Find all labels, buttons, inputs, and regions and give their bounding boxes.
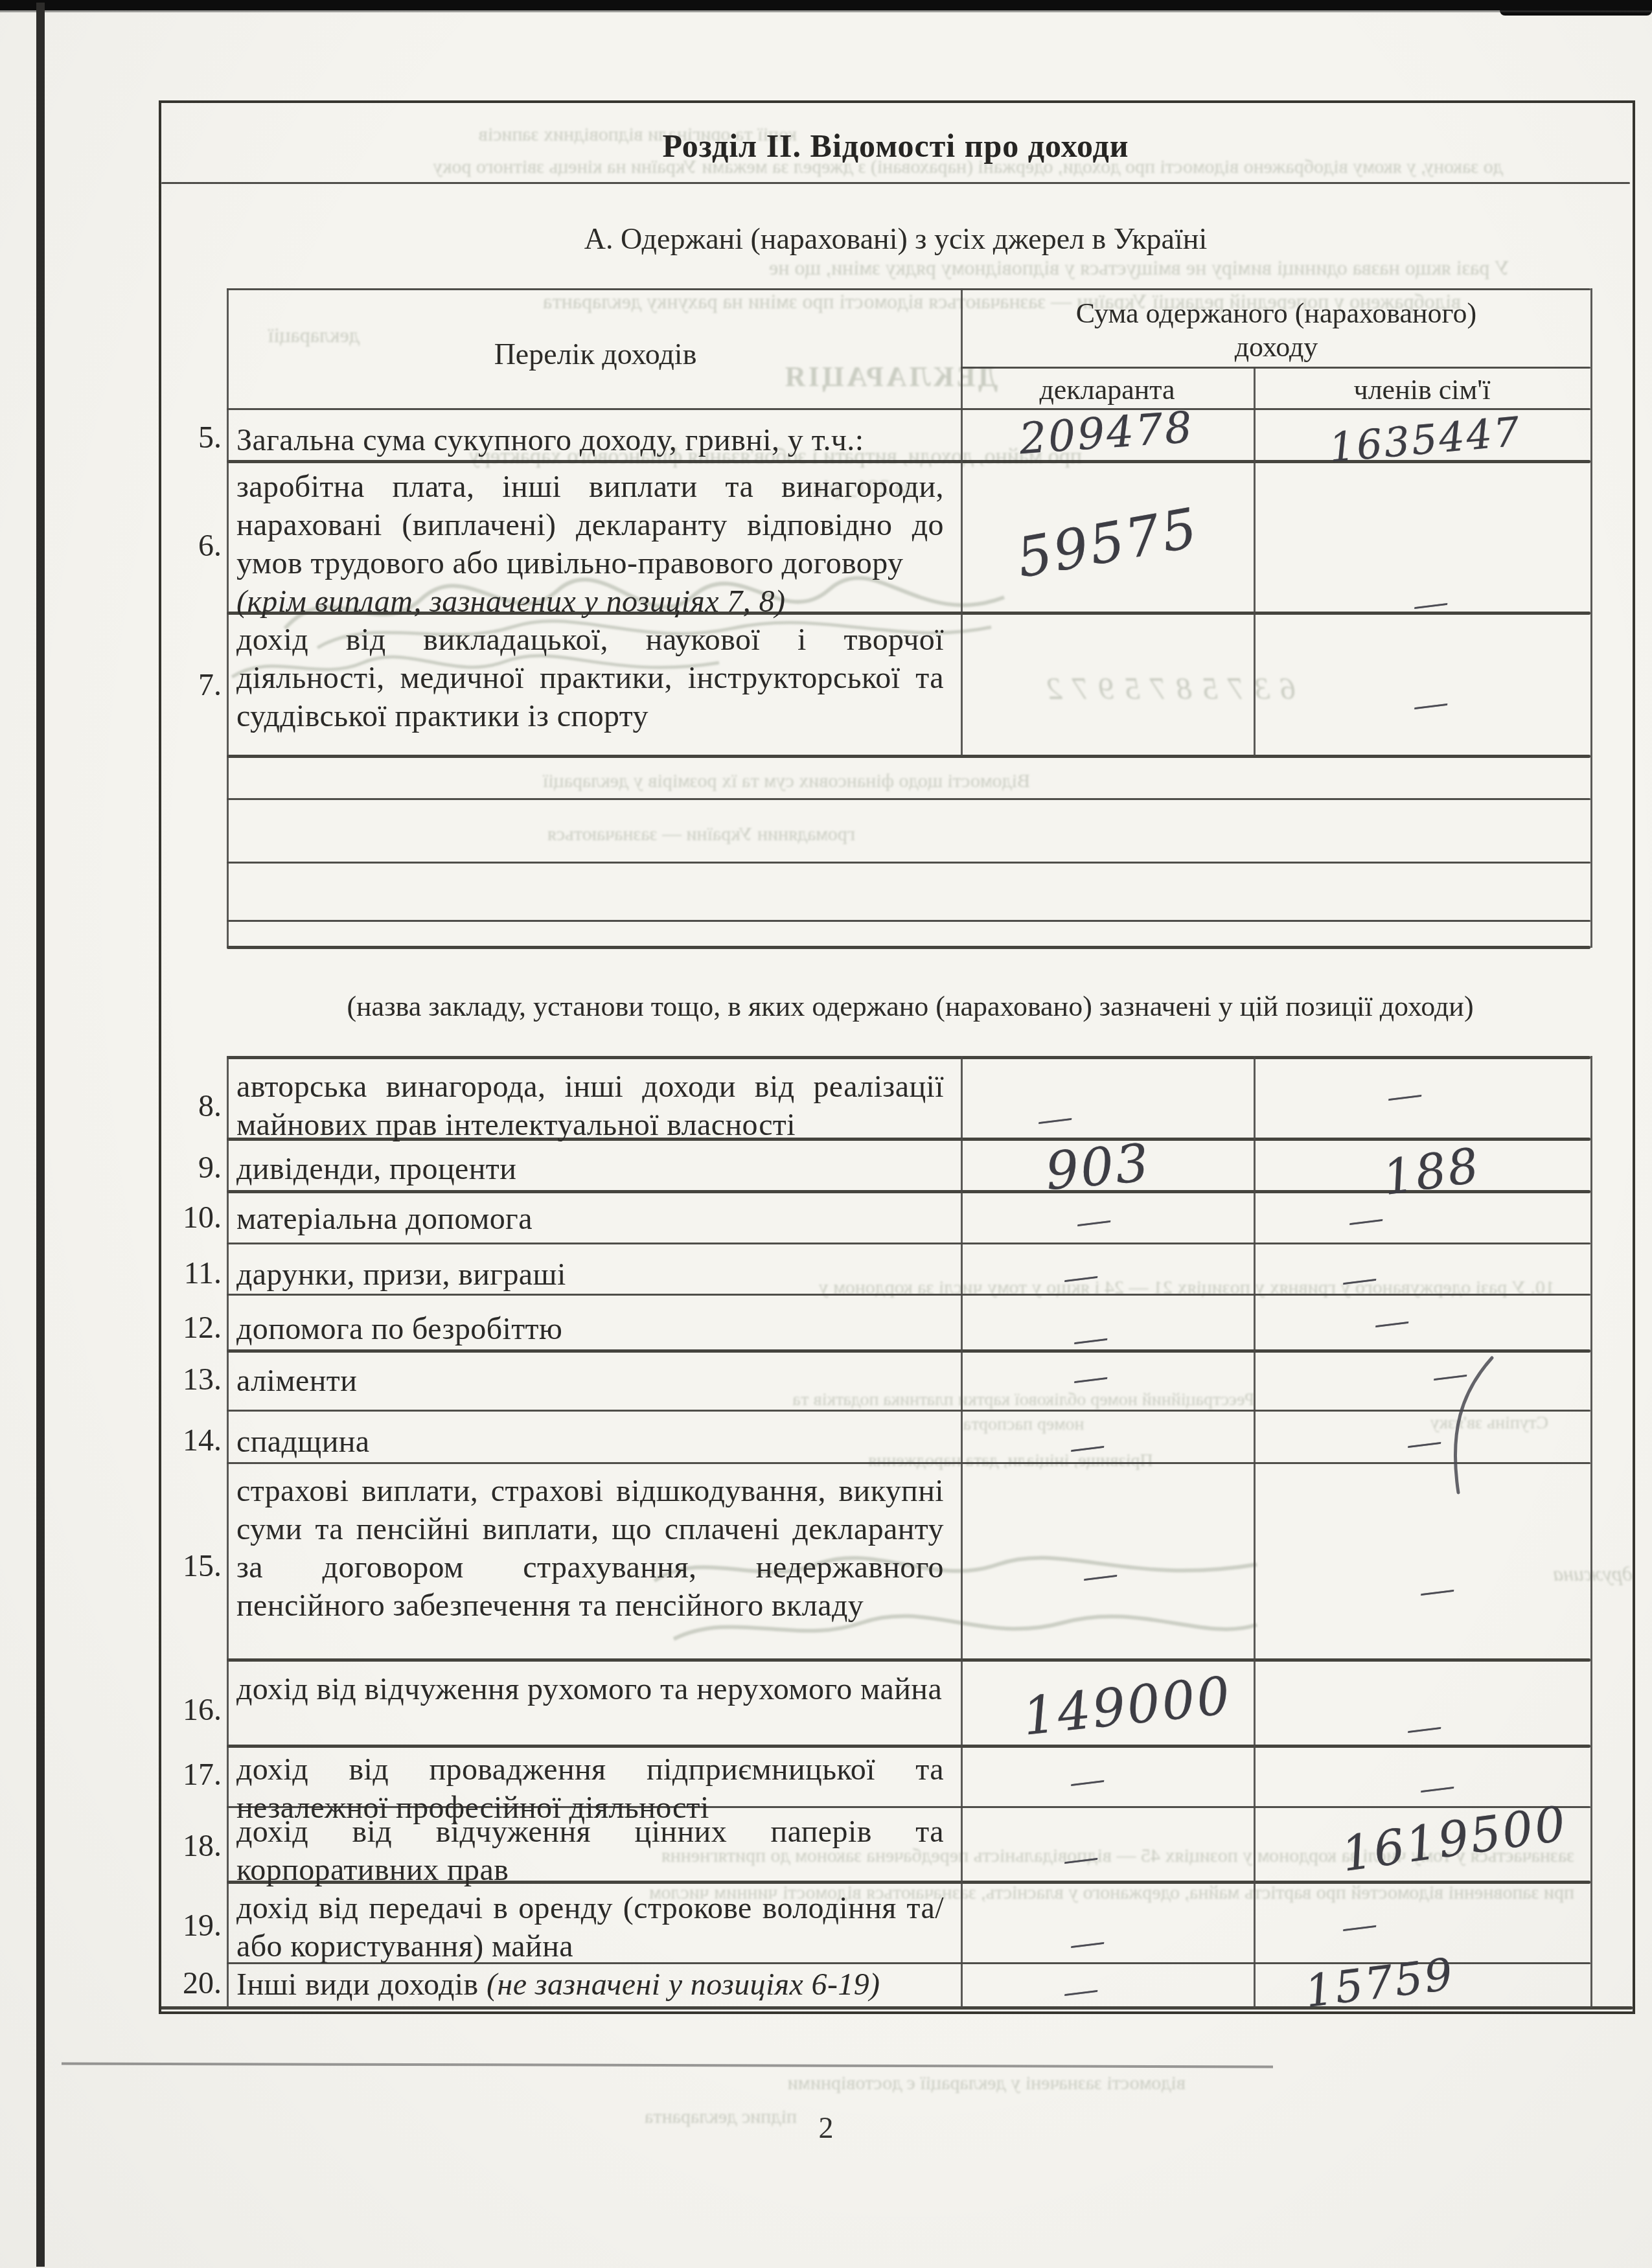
- row-number: 18.: [155, 1828, 222, 1864]
- table-border: [1254, 1056, 1256, 2008]
- row-description: дивіденди, проценти: [236, 1150, 944, 1188]
- scan-top-line: [0, 10, 1652, 12]
- table-border: [227, 288, 1590, 290]
- pen-stroke-curve: [1435, 1354, 1500, 1496]
- column-header-sum: Сума одержаного (нарахованого) доходу: [1050, 297, 1503, 364]
- table-border: [961, 288, 963, 756]
- scan-bottom-artifact-line: [62, 2063, 1273, 2068]
- row-number: 5.: [155, 420, 222, 455]
- table-border: [961, 367, 1590, 369]
- row-number: 17.: [155, 1757, 222, 1793]
- table-border: [227, 1056, 229, 2008]
- table-border: [227, 1462, 1590, 1464]
- row-description: дохід від викладацької, наукової і творч…: [236, 621, 944, 735]
- row-number: 19.: [155, 1908, 222, 1943]
- row-description: матеріальна допомога: [236, 1200, 944, 1238]
- row-description: допомога по безробіттю: [236, 1310, 944, 1348]
- institution-write-line: [227, 862, 1590, 864]
- header-divider-line: [161, 182, 1630, 184]
- table-border: [227, 1349, 1590, 1353]
- row-number: 16.: [155, 1692, 222, 1728]
- institution-write-line: [227, 946, 1590, 949]
- row-number: 8.: [155, 1088, 222, 1124]
- table-border: [227, 1658, 1590, 1662]
- institution-caption: (назва закладу, установи тощо, в яких од…: [227, 990, 1594, 1023]
- table-border: [227, 1243, 1590, 1244]
- table-border: [1590, 288, 1592, 948]
- scan-left-edge-line: [36, 3, 45, 2267]
- page-number: 2: [797, 2111, 855, 2145]
- row-text: заробітна плата, інші виплати та винагор…: [236, 470, 944, 580]
- table-border: [1590, 1056, 1592, 2008]
- row-number: 7.: [155, 667, 222, 703]
- row-number: 13.: [155, 1362, 222, 1397]
- scanned-declaration-page: копії та оригінали відповідних записів д…: [0, 0, 1652, 2268]
- table-border: [1254, 367, 1256, 756]
- row-number: 14.: [155, 1423, 222, 1458]
- row-description: дохід від відчуження рухомого та нерухом…: [236, 1670, 944, 1708]
- section-title: Розділ ІІ. Відомості про доходи: [161, 127, 1630, 165]
- bleedthrough-text: підпис декларанта: [279, 2104, 797, 2131]
- table-border: [227, 1410, 1590, 1412]
- row-note: (не зазначені у позиціях 6-19): [487, 1967, 880, 2002]
- row-number: 12.: [155, 1310, 222, 1346]
- table-border: [227, 288, 229, 948]
- bleedthrough-text: відомості зазначені у декларації є досто…: [214, 2070, 1186, 2097]
- row-description: аліменти: [236, 1362, 944, 1400]
- scan-top-right-blob: [1500, 0, 1652, 16]
- table-border: [227, 1294, 1590, 1296]
- row-number: 15.: [155, 1548, 222, 1584]
- institution-write-line: [227, 920, 1590, 922]
- table-border: [227, 408, 1590, 410]
- row-description: спадщина: [236, 1423, 944, 1461]
- row-number: 6.: [155, 528, 222, 564]
- row-description: дарунки, призи, виграші: [236, 1255, 944, 1294]
- column-header-income-list: Перелік доходів: [233, 337, 958, 371]
- row-text: Інші види доходів: [236, 1967, 479, 2002]
- row-number: 10.: [155, 1200, 222, 1235]
- scan-top-edge: [0, 0, 1652, 10]
- row-note: (крім виплат, зазначених у позиціях 7, 8…: [236, 582, 944, 621]
- row-description: Загальна сума сукупного доходу, гривні, …: [236, 421, 944, 459]
- row-number: 20.: [155, 1965, 222, 2001]
- institution-write-line: [227, 798, 1590, 800]
- row-number: 9.: [155, 1150, 222, 1186]
- subsection-title: А. Одержані (нараховані) з усіх джерел в…: [161, 222, 1630, 256]
- table-border: [961, 1056, 963, 2008]
- row-number: 11.: [155, 1255, 222, 1291]
- row-description: дохід від відчуження цінних паперів та к…: [236, 1813, 944, 1889]
- table-border: [227, 1056, 1590, 1059]
- column-header-family: членів сім'ї: [1254, 373, 1590, 406]
- row-description: Інші види доходів (не зазначені у позиці…: [236, 1965, 944, 2004]
- row-description: заробітна плата, інші виплати та винагор…: [236, 468, 944, 621]
- row-description: авторська винагорода, інші доходи від ре…: [236, 1068, 944, 1144]
- table-border: [227, 755, 1590, 758]
- column-header-declarant: декларанта: [961, 373, 1254, 406]
- table-border: [227, 1745, 1590, 1748]
- row-description: страхові виплати, страхові відшкодування…: [236, 1472, 944, 1625]
- table-bottom-border: [159, 2006, 1633, 2010]
- row-description: дохід від передачі в оренду (строкове во…: [236, 1889, 944, 1965]
